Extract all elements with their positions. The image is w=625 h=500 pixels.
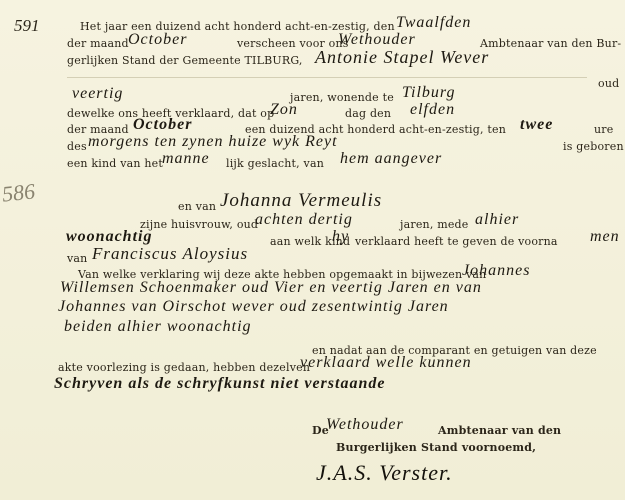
handwritten-age: veertig [72, 85, 123, 103]
handwritten-day: Twaalfden [396, 14, 471, 32]
printed-text: Burgerlijken Stand voornoemd, [336, 441, 536, 454]
handwritten-father-note: hem aangever [340, 150, 442, 168]
printed-text: jaren, wonende te [290, 91, 394, 104]
printed-text: jaren, mede [400, 218, 469, 231]
printed-text: ure [594, 123, 613, 136]
printed-text: verklaard heeft te geven de voorna [355, 235, 558, 248]
handwritten-official-title-2: Wethouder [326, 416, 404, 434]
printed-text: der maand [67, 37, 129, 50]
handwritten-declaration: verklaard welle kunnen [300, 354, 472, 372]
printed-text: akte voorlezing is gedaan, hebben dezelv… [58, 361, 310, 374]
handwritten-weekday: Zon [270, 101, 298, 119]
handwritten-sex: manne [162, 150, 210, 168]
printed-text: is geboren [563, 140, 624, 153]
handwritten-residence: Tilburg [402, 84, 456, 102]
printed-text: en van [178, 200, 216, 213]
printed-text: van [67, 252, 87, 265]
printed-text: Ambtenaar van den [438, 424, 561, 437]
official-signature: J.A.S. Verster. [316, 460, 453, 486]
printed-text: oud [598, 77, 619, 90]
printed-text: zijne huisvrouw, oud [140, 218, 258, 231]
handwritten-pronoun: hy [332, 228, 349, 246]
handwritten-month: October [128, 31, 187, 49]
handwritten-mother-age: achten dertig [255, 211, 353, 229]
civil-record-page: 591 586 Het jaar een duizend acht honder… [0, 0, 625, 500]
handwritten-witness-2: Johannes van Oirschot wever oud zesentwi… [58, 298, 449, 316]
handwritten-birth-day: elfden [410, 101, 455, 119]
handwritten-witness-1: Johannes [462, 262, 530, 280]
handwritten-witness-residence: beiden alhier woonachtig [64, 318, 252, 336]
register-number: 591 [14, 16, 40, 36]
printed-text: een kind van het [67, 157, 163, 170]
printed-text: des [67, 140, 87, 153]
handwritten-mother-name: Johanna Vermeulis [220, 190, 382, 212]
printed-text: lijk geslacht, van [226, 157, 324, 170]
handwritten-witness-1-details: Willemsen Schoenmaker oud Vier en veerti… [60, 279, 482, 297]
printed-text: gerlijken Stand der Gemeente TILBURG, [67, 54, 303, 67]
handwritten-text: men [590, 228, 620, 246]
handwritten-declarant-name: Antonie Stapel Wever [315, 47, 489, 68]
handwritten-child-names: Franciscus Aloysius [92, 244, 248, 264]
handwritten-birth-month: October [133, 116, 192, 134]
handwritten-declaration-cont: Schryven als de schryfkunst niet verstaa… [54, 375, 385, 393]
margin-pencil-note: 586 [1, 178, 37, 207]
handwritten-hour: twee [520, 116, 553, 134]
printed-text: dag den [345, 107, 391, 120]
handwritten-residence-2: alhier [475, 211, 519, 229]
ruled-line [67, 77, 587, 78]
printed-text: Ambtenaar van den Bur- [480, 37, 621, 50]
handwritten-birth-place: morgens ten zynen huize wyk Reyt [88, 133, 338, 151]
